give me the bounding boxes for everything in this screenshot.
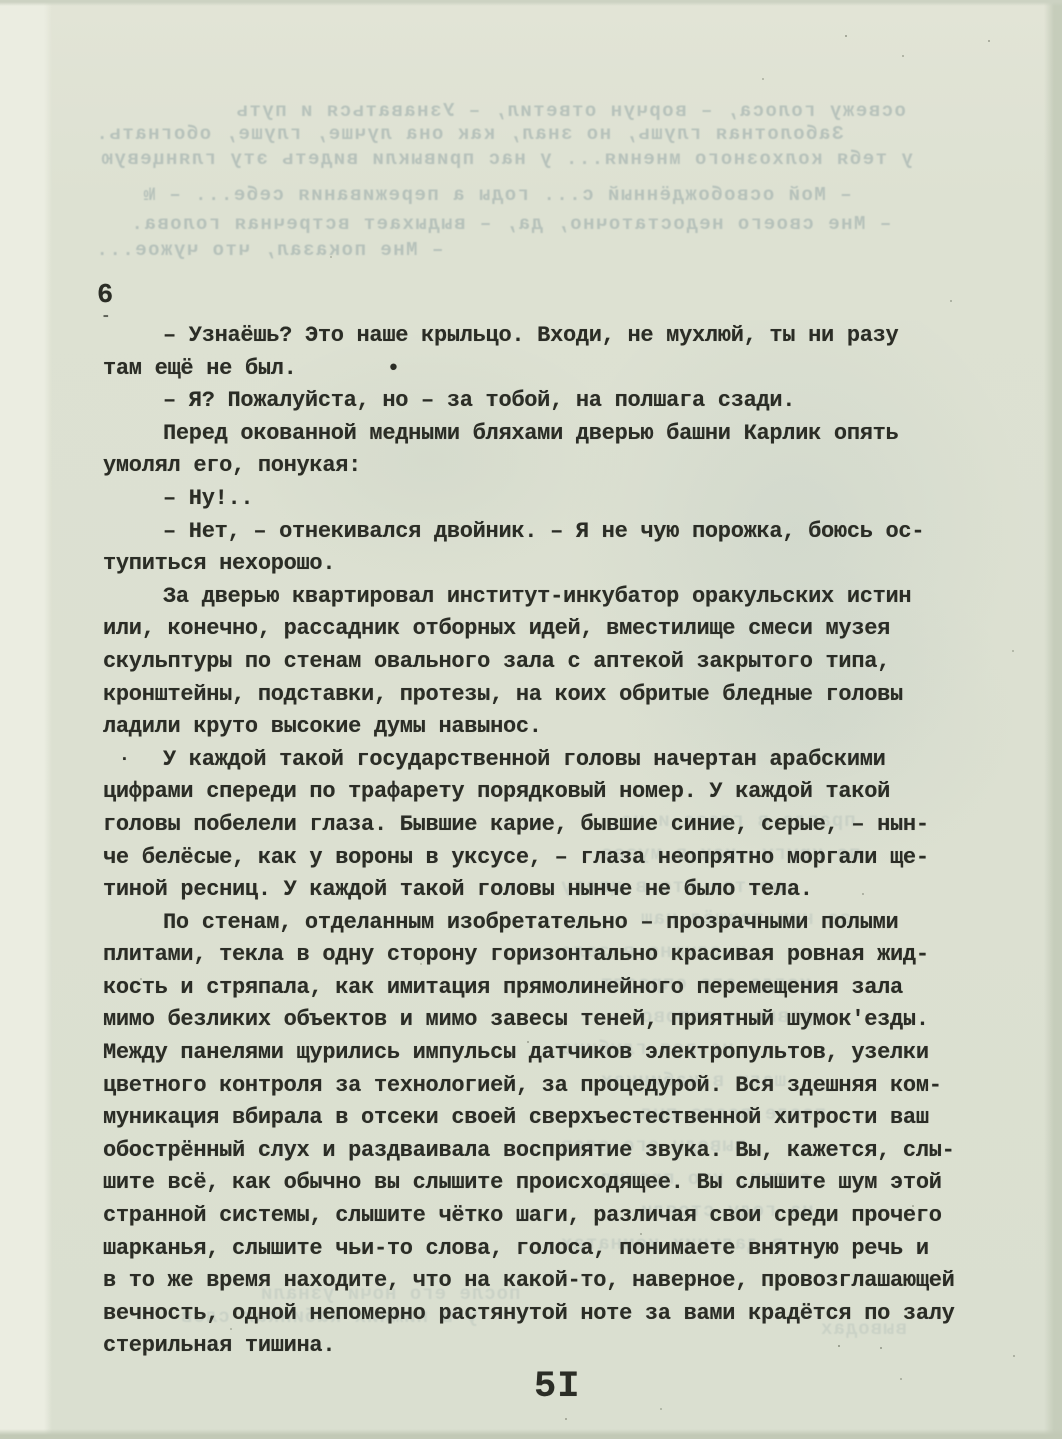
text-line: кронштейны, подставки, протезы, на коих … bbox=[103, 679, 983, 712]
text-line: че белёсые, как у вороны в уксусе, – гла… bbox=[103, 842, 983, 875]
bleedthrough-text: – Мне показал, что чужое... bbox=[95, 239, 443, 261]
page-number-bottom: 5I bbox=[534, 1366, 580, 1408]
text-line: шите всё, как обычно вы слышите происход… bbox=[103, 1167, 983, 1200]
text-line: обострённый слух и раздваивала восприяти… bbox=[103, 1135, 983, 1168]
text-line: По стенам, отделанным изобретательно – п… bbox=[103, 907, 983, 940]
text-line: умолял его, понукая: bbox=[103, 450, 983, 483]
bleedthrough-text: Заболотная глушь, но знал, как она лучше… bbox=[95, 123, 843, 145]
text-line: муникация вбирала в отсеки своей сверхъе… bbox=[103, 1102, 983, 1135]
text-line: или, конечно, рассадник отборных идей, в… bbox=[103, 613, 983, 646]
bleedthrough-text: – Мне своего недостаточно, да, – выдыхае… bbox=[130, 213, 891, 235]
text-line: – Ну!.. bbox=[103, 483, 983, 516]
text-line: мимо безликих объектов и мимо завесы тен… bbox=[103, 1004, 983, 1037]
text-line: тупиться нехорошо. bbox=[103, 548, 983, 581]
text-line: там ещё не был. • bbox=[103, 353, 983, 386]
text-body: – Узнаёшь? Это наше крыльцо. Входи, не м… bbox=[103, 320, 983, 1363]
text-line: – Я? Пожалуйста, но – за тобой, на полша… bbox=[103, 385, 983, 418]
scan-edge-left bbox=[0, 0, 52, 1439]
text-line: ·У каждой такой государственной головы н… bbox=[103, 744, 983, 777]
text-line: цифрами спереди по трафарету порядковый … bbox=[103, 776, 983, 809]
text-line: – Узнаёшь? Это наше крыльцо. Входи, не м… bbox=[103, 320, 983, 353]
bleedthrough-text: у тебя колхозного мнения... у нас привык… bbox=[100, 148, 913, 170]
text-line: плитами, текла в одну сторону горизонтал… bbox=[103, 939, 983, 972]
text-line: цветного контроля за технологией, за про… bbox=[103, 1070, 983, 1103]
text-line: За дверью квартировал институт-инкубатор… bbox=[103, 581, 983, 614]
text-line: тиной ресниц. У каждой такой головы нынч… bbox=[103, 874, 983, 907]
text-line: вечность, одной непомерно растянутой нот… bbox=[103, 1298, 983, 1331]
stray-mark: · bbox=[119, 744, 130, 777]
stray-mark: - bbox=[101, 307, 111, 325]
text-line: головы побелели глаза. Бывшие карие, быв… bbox=[103, 809, 983, 842]
bleedthrough-text: – Мой освобождённый с... годы а пережива… bbox=[142, 184, 852, 206]
text-line: скульптуры по стенам овального зала с ап… bbox=[103, 646, 983, 679]
text-line: кость и стряпала, как имитация прямолине… bbox=[103, 972, 983, 1005]
scan-edge-bottom bbox=[0, 1429, 1062, 1439]
scan-edge-right bbox=[1044, 0, 1062, 1439]
scanned-typescript-page: освежу голоса, – ворчун ответил, – Узнав… bbox=[0, 0, 1062, 1439]
scan-edge-top bbox=[0, 0, 1062, 6]
text-line: странной системы, слышите чётко шаги, ра… bbox=[103, 1200, 983, 1233]
text-line: стерильная тишина. bbox=[103, 1330, 983, 1363]
text-line: Между панелями щурились импульсы датчико… bbox=[103, 1037, 983, 1070]
text-line: в то же время находите, что на какой-то,… bbox=[103, 1265, 983, 1298]
text-line: Перед окованной медными бляхами дверью б… bbox=[103, 418, 983, 451]
text-line: шарканья, слышите чьи-то слова, голоса, … bbox=[103, 1233, 983, 1266]
bleedthrough-text: освежу голоса, – ворчун ответил, – Узнав… bbox=[235, 100, 906, 122]
text-line: – Нет, – отнекивался двойник. – Я не чую… bbox=[103, 516, 983, 549]
text-line: ладили круто высокие думы навынос. bbox=[103, 711, 983, 744]
